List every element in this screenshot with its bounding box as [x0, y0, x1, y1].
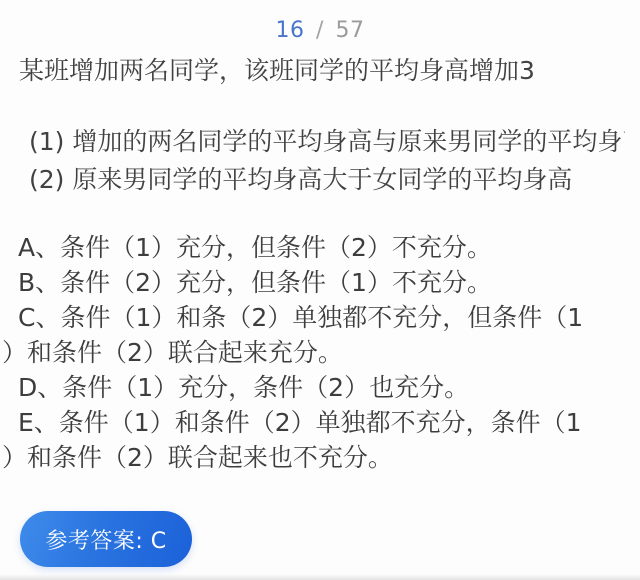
option-b: B、条件（2）充分，但条件（1）不充分。	[18, 265, 640, 300]
option-e-line-1: E、条件（1）和条件（2）单独都不充分，条件（1	[18, 405, 640, 440]
page-current: 16	[276, 18, 305, 43]
option-a: A、条件（1）充分，但条件（2）不充分。	[18, 230, 640, 265]
quiz-solution-screen: 16 / 57 某班增加两名同学，该班同学的平均身高增加3 (1) 增加的两名同…	[0, 0, 640, 580]
option-c-line-1: C、条件（1）和条（2）单独都不充分，但条件（1	[18, 300, 640, 335]
option-c-line-2: ）和条件（2）联合起来充分。	[2, 335, 640, 370]
page-indicator: 16 / 57	[0, 0, 640, 45]
bottom-edge-shade	[0, 574, 640, 580]
condition-2: (2) 原来男同学的平均身高大于女同学的平均身高	[29, 161, 640, 199]
option-e-line-2: ）和条件（2）联合起来也不充分。	[2, 440, 640, 475]
question-stem: 某班增加两名同学，该班同学的平均身高增加3	[0, 55, 640, 87]
condition-1: (1) 增加的两名同学的平均身高与原来男同学的平均身高	[29, 123, 625, 161]
option-d: D、条件（1）充分，条件（2）也充分。	[18, 370, 640, 405]
conditions-block: (1) 增加的两名同学的平均身高与原来男同学的平均身高 (2) 原来男同学的平均…	[0, 123, 640, 199]
reference-answer-button[interactable]: 参考答案: C	[20, 511, 192, 567]
options-block: A、条件（1）充分，但条件（2）不充分。 B、条件（2）充分，但条件（1）不充分…	[0, 230, 640, 475]
page-separator: /	[312, 18, 328, 43]
page-total: 57	[335, 18, 364, 43]
